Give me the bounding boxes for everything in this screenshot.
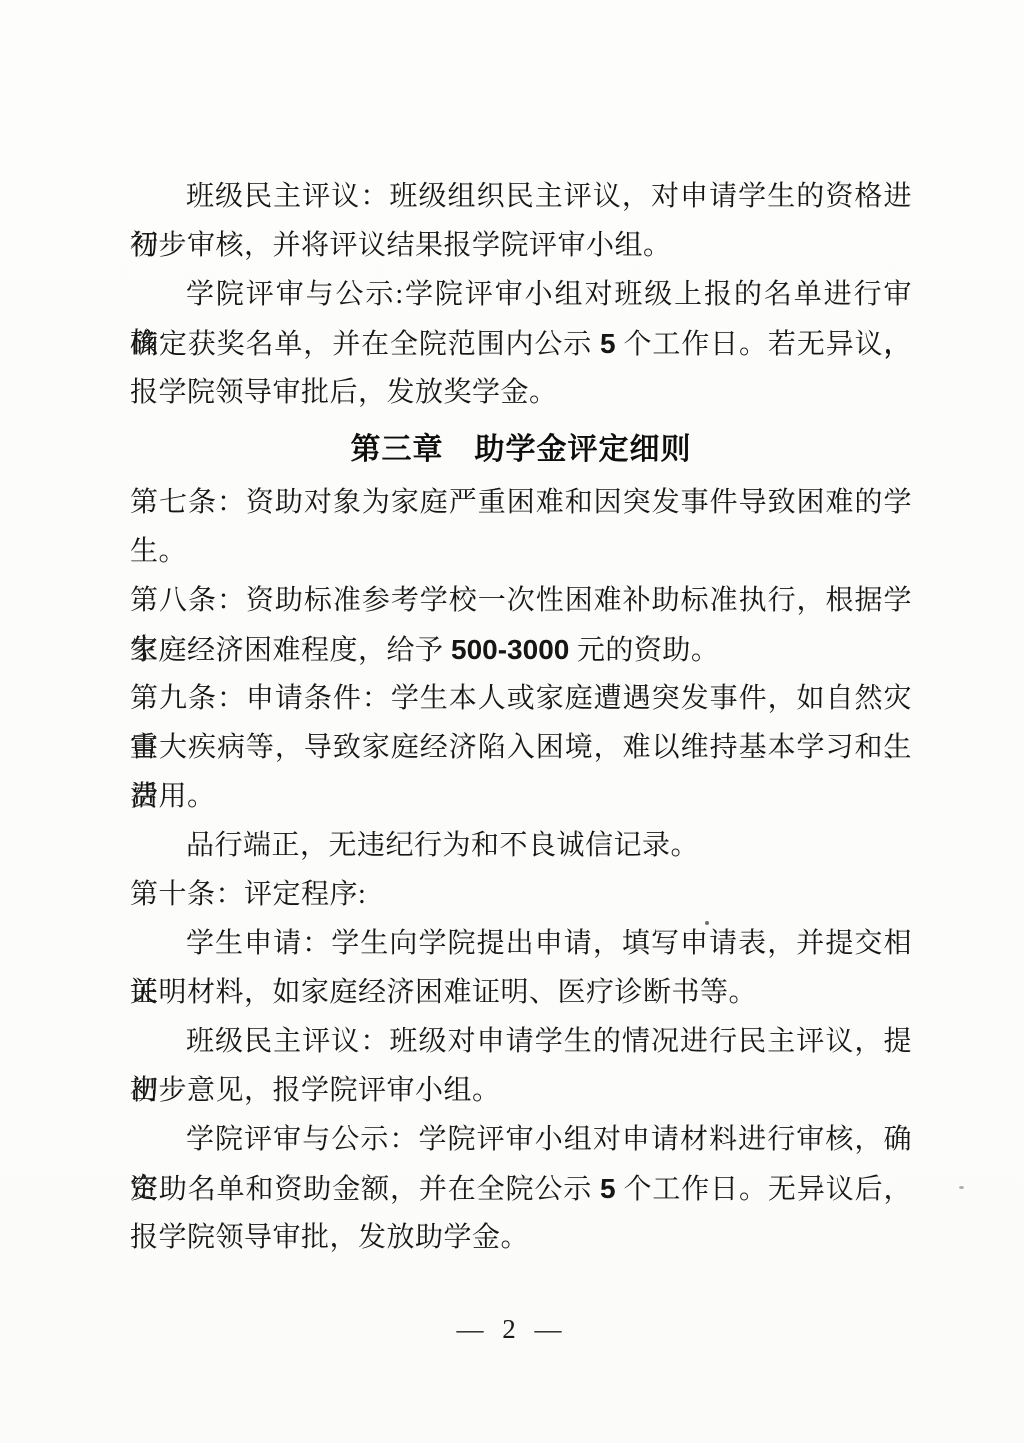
text-line: 学院评审与公示:学院评审小组对班级上报的名单进行审核，	[130, 270, 912, 319]
text-line: 初步审核，并将评议结果报学院评审小组。	[130, 221, 912, 270]
text-line: 学生申请：学生向学院提出申请，填写申请表，并提交相关	[130, 919, 912, 968]
text-line: 初步意见，报学院评审小组。	[130, 1066, 912, 1115]
text-segment: 个工作日。无异议后，	[616, 1174, 912, 1205]
text-segment: 第七条：资助对象为家庭严重困难和因突发事件导致困难的学	[130, 487, 912, 518]
text-segment: 报学院领导审批，发放助学金。	[130, 1222, 529, 1253]
text-line: 重大疾病等，导致家庭经济陷入困境，难以维持基本学习和生活	[130, 723, 912, 772]
page-footer: — 2 —	[0, 1308, 1024, 1350]
text-line: 家庭经济困难程度，给予 500-3000 元的资助。	[130, 625, 912, 674]
document-body: 班级民主评议：班级组织民主评议，对申请学生的资格进行初步审核，并将评议结果报学院…	[130, 172, 912, 1262]
scanned-document-page: 班级民主评议：班级组织民主评议，对申请学生的资格进行初步审核，并将评议结果报学院…	[0, 0, 1024, 1443]
text-line: 班级民主评议：班级对申请学生的情况进行民主评议，提出	[130, 1017, 912, 1066]
text-line: 第十条：评定程序:	[130, 870, 912, 919]
text-segment: 个工作日。若无异议，	[616, 329, 912, 360]
text-line: 品行端正，无违纪行为和不良诚信记录。	[130, 821, 912, 870]
text-line: 证明材料，如家庭经济困难证明、医疗诊断书等。	[130, 968, 912, 1017]
text-line: 班级民主评议：班级组织民主评议，对申请学生的资格进行	[130, 172, 912, 221]
bold-number: 500-3000	[451, 634, 569, 665]
scholarship-procedure-section: 班级民主评议：班级组织民主评议，对申请学生的资格进行初步审核，并将评议结果报学院…	[130, 172, 912, 417]
text-segment: 资助名单和资助金额，并在全院公示	[130, 1174, 600, 1205]
text-segment: 生。	[130, 536, 187, 567]
chapter-heading: 第三章 助学金评定细则	[130, 425, 912, 474]
text-line: 确定获奖名单，并在全院范围内公示 5 个工作日。若无异议，	[130, 319, 912, 368]
text-segment: 元的资助。	[569, 635, 719, 666]
text-line: 报学院领导审批，发放助学金。	[130, 1213, 912, 1262]
bold-number: 5	[600, 328, 616, 359]
text-segment: 初步意见，报学院评审小组。	[130, 1075, 501, 1106]
text-line: 第七条：资助对象为家庭严重困难和因突发事件导致困难的学	[130, 478, 912, 527]
text-line: 第九条：申请条件：学生本人或家庭遭遇突发事件，如自然灾害、	[130, 674, 912, 723]
text-line: 报学院领导审批后，发放奖学金。	[130, 368, 912, 417]
text-segment: 家庭经济困难程度，给予	[130, 635, 451, 666]
text-segment: 初步审核，并将评议结果报学院评审小组。	[130, 230, 672, 261]
grant-rules-section: 第七条：资助对象为家庭严重困难和因突发事件导致困难的学生。第八条：资助标准参考学…	[130, 478, 912, 1262]
text-line: 第八条：资助标准参考学校一次性困难补助标准执行，根据学生	[130, 576, 912, 625]
scan-speck	[959, 1186, 964, 1189]
text-segment: 报学院领导审批后，发放奖学金。	[130, 377, 558, 408]
text-segment: 确定获奖名单，并在全院范围内公示	[130, 329, 600, 360]
text-line: 资助名单和资助金额，并在全院公示 5 个工作日。无异议后，	[130, 1164, 912, 1213]
text-segment: 证明材料，如家庭经济困难证明、医疗诊断书等。	[130, 977, 757, 1008]
text-segment: 费用。	[130, 781, 216, 812]
scan-speck	[705, 921, 709, 925]
text-segment: 第十条：评定程序:	[130, 879, 366, 910]
bold-number: 5	[600, 1173, 616, 1204]
text-line: 学院评审与公示：学院评审小组对申请材料进行审核，确定	[130, 1115, 912, 1164]
text-segment: 品行端正，无违纪行为和不良诚信记录。	[186, 830, 699, 861]
text-line: 费用。	[130, 772, 912, 821]
text-line: 生。	[130, 527, 912, 576]
page-number: — 2 —	[457, 1314, 568, 1344]
